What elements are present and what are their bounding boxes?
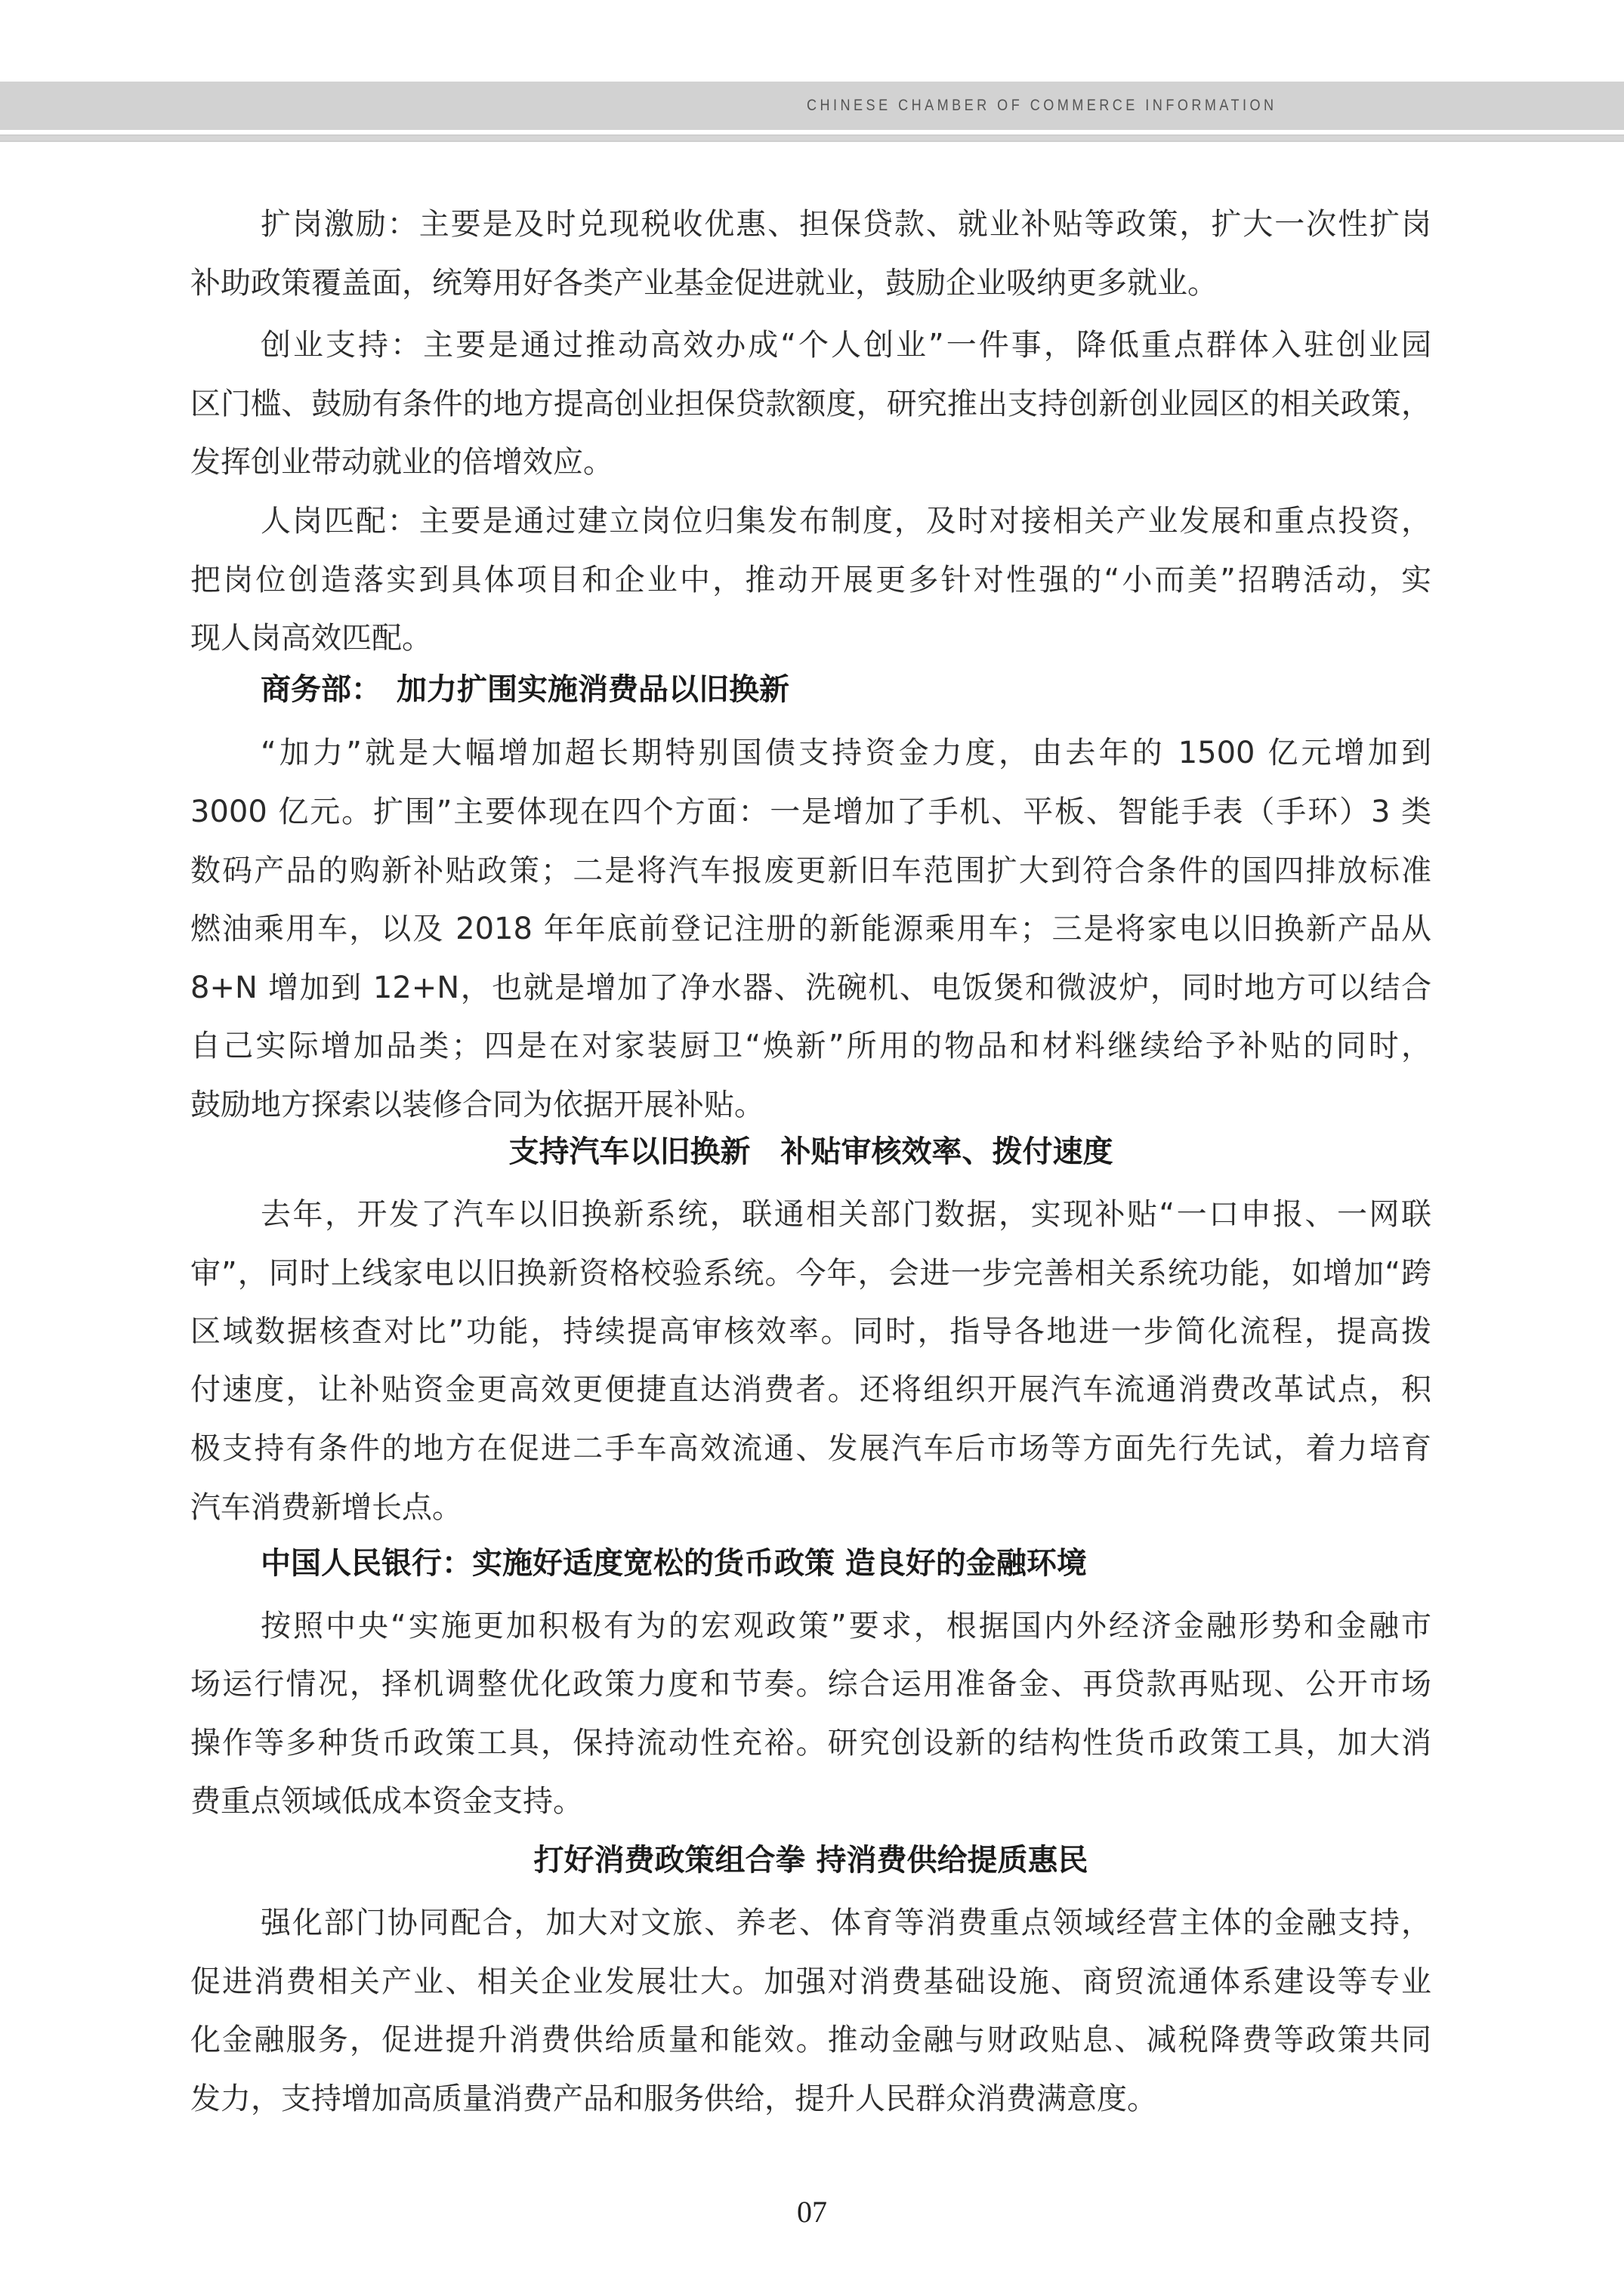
paragraph-line: 付速度，让补贴资金更高效更便捷直达消费者。还将组织开展汽车流通消费改革试点，积 [190, 1369, 1431, 1411]
paragraph-line: 创业支持：主要是通过推动高效办成“个人创业”一件事，降低重点群体入驻创业园 [261, 324, 1431, 366]
paragraph-line: 补助政策覆盖面，统筹用好各类产业基金促进就业，鼓励企业吸纳更多就业。 [190, 262, 1431, 304]
section-heading-auto-tradein: 支持汽车以旧换新 补贴审核效率、拨付速度 [190, 1131, 1431, 1173]
paragraph-line: 扩岗激励：主要是及时兑现税收优惠、担保贷款、就业补贴等政策，扩大一次性扩岗 [261, 203, 1431, 245]
paragraph-line: 促进消费相关产业、相关企业发展壮大。加强对消费基础设施、商贸流通体系建设等专业 [190, 1961, 1431, 2003]
paragraph-line: 化金融服务，促进提升消费供给质量和能效。推动金融与财政贴息、减税降费等政策共同 [190, 2019, 1431, 2061]
paragraph-line: 审”，同时上线家电以旧换新资格校验系统。今年，会进一步完善相关系统功能，如增加“… [190, 1252, 1431, 1295]
paragraph-line: 极支持有条件的地方在促进二手车高效流通、发展汽车后市场等方面先行先试，着力培育 [190, 1427, 1431, 1470]
paragraph-line: 按照中央“实施更加积极有为的宏观政策”要求，根据国内外经济金融形势和金融市 [261, 1605, 1431, 1647]
page-number: 07 [0, 2194, 1624, 2230]
paragraph-line: 燃油乘用车，以及 2018 年年底前登记注册的新能源乘用车；三是将家电以旧换新产… [190, 908, 1431, 950]
paragraph-line: 鼓励地方探索以装修合同为依据开展补贴。 [190, 1084, 1431, 1126]
section-heading-commerce-ministry: 商务部： 加力扩围实施消费品以旧换新 [261, 668, 789, 711]
paragraph-line: 人岗匹配：主要是通过建立岗位归集发布制度，及时对接相关产业发展和重点投资， [261, 500, 1431, 542]
paragraph-line: 强化部门协同配合，加大对文旅、养老、体育等消费重点领域经营主体的金融支持， [261, 1902, 1431, 1944]
paragraph-line: 场运行情况，择机调整优化政策力度和节奏。综合运用准备金、再贷款再贴现、公开市场 [190, 1663, 1431, 1705]
paragraph-line: 区门槛、鼓励有条件的地方提高创业担保贷款额度，研究推出支持创新创业园区的相关政策… [190, 383, 1431, 425]
section-heading-central-bank: 中国人民银行：实施好适度宽松的货币政策 造良好的金融环境 [261, 1542, 1087, 1585]
paragraph-line: 3000 亿元。扩围”主要体现在四个方面：一是增加了手机、平板、智能手表（手环）… [190, 791, 1431, 833]
paragraph-line: 自己实际增加品类；四是在对家装厨卫“焕新”所用的物品和材料继续给予补贴的同时， [190, 1025, 1431, 1067]
paragraph-line: 发挥创业带动就业的倍增效应。 [190, 441, 1431, 483]
paragraph-line: 现人岗高效匹配。 [190, 617, 1431, 659]
paragraph-line: 操作等多种货币政策工具，保持流动性充裕。研究创设新的结构性货币政策工具，加大消 [190, 1722, 1431, 1764]
paragraph-line: 8+N 增加到 12+N，也就是增加了净水器、洗碗机、电饭煲和微波炉，同时地方可… [190, 967, 1431, 1009]
paragraph-line: 数码产品的购新补贴政策；二是将汽车报废更新旧车范围扩大到符合条件的国四排放标准 [190, 850, 1431, 892]
section-heading-consumption-policy: 打好消费政策组合拳 持消费供给提质惠民 [190, 1839, 1431, 1881]
paragraph-line: 去年，开发了汽车以旧换新系统，联通相关部门数据，实现补贴“一口申报、一网联 [261, 1193, 1431, 1236]
header-stripe [0, 134, 1624, 142]
paragraph-line: 发力，支持增加高质量消费产品和服务供给，提升人民群众消费满意度。 [190, 2078, 1431, 2120]
paragraph-line: 费重点领域低成本资金支持。 [190, 1780, 1431, 1822]
paragraph-line: 区域数据核查对比”功能，持续提高审核效率。同时，指导各地进一步简化流程，提高拨 [190, 1310, 1431, 1353]
publication-title: CHINESE CHAMBER OF COMMERCE INFORMATION [807, 94, 1339, 118]
paragraph-line: 把岗位创造落实到具体项目和企业中，推动开展更多针对性强的“小而美”招聘活动，实 [190, 559, 1431, 601]
paragraph-line: “加力”就是大幅增加超长期特别国债支持资金力度，由去年的 1500 亿元增加到 [261, 732, 1431, 774]
paragraph-line: 汽车消费新增长点。 [190, 1486, 1431, 1529]
